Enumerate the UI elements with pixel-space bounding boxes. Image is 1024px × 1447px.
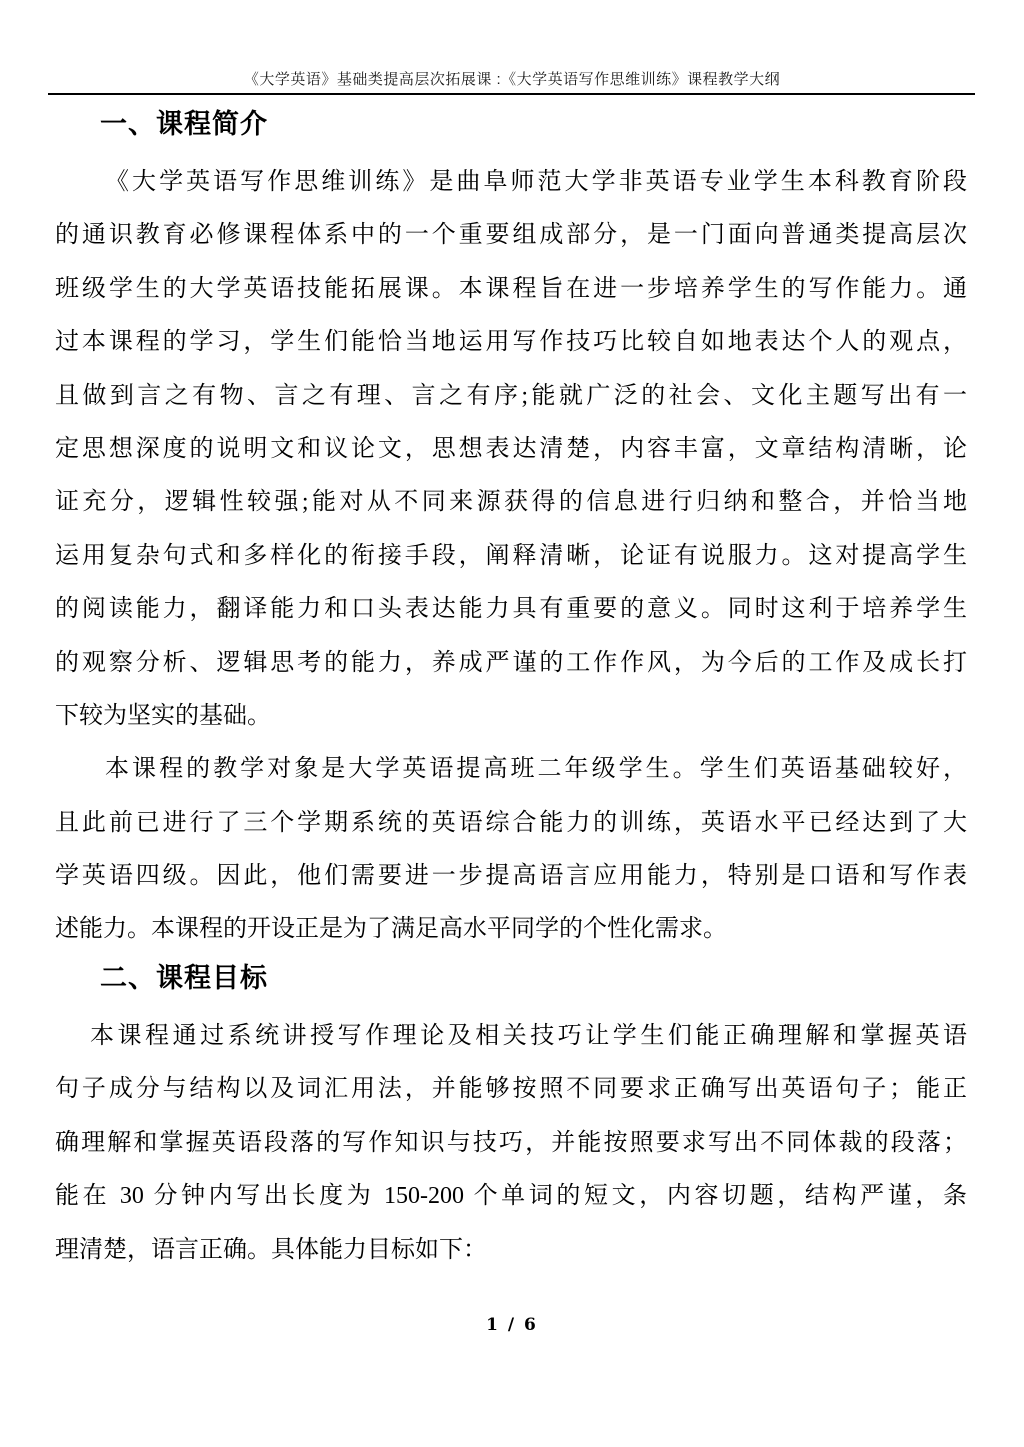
paragraph-line: 运用复杂句式和多样化的衔接手段，阐释清晰，论证有说服力。这对提高学生 bbox=[55, 530, 967, 583]
header-rule bbox=[48, 93, 975, 95]
paragraph-line: 证充分，逻辑性较强;能对从不同来源获得的信息进行归纳和整合，并恰当地 bbox=[55, 476, 967, 529]
course-intro-body: 《大学英语写作思维训练》是曲阜师范大学非英语专业学生本科教育阶段 的通识教育必修… bbox=[55, 156, 967, 957]
paragraph-line: 《大学英语写作思维训练》是曲阜师范大学非英语专业学生本科教育阶段 bbox=[55, 156, 967, 209]
document-header-title: 《大学英语》基础类提高层次拓展课 :《大学英语写作思维训练》课程教学大纲 bbox=[0, 70, 1024, 90]
paragraph-line: 的通识教育必修课程体系中的一个重要组成部分，是一门面向普通类提高层次 bbox=[55, 209, 967, 262]
paragraph-line: 学英语四级。因此，他们需要进一步提高语言应用能力，特别是口语和写作表 bbox=[55, 850, 967, 903]
page-number: 1 / 6 bbox=[0, 1315, 1024, 1335]
paragraph-line: 能在 30 分钟内写出长度为 150-200 个单词的短文，内容切题，结构严谨，… bbox=[55, 1170, 967, 1223]
paragraph-line: 确理解和掌握英语段落的写作知识与技巧，并能按照要求写出不同体裁的段落； bbox=[55, 1117, 967, 1170]
section-heading-course-goals: 二、课程目标 bbox=[100, 962, 268, 994]
course-goals-body: 本课程通过系统讲授写作理论及相关技巧让学生们能正确理解和掌握英语 句子成分与结构… bbox=[55, 1010, 967, 1277]
paragraph-line: 的观察分析、逻辑思考的能力，养成严谨的工作作风，为今后的工作及成长打 bbox=[55, 637, 967, 690]
paragraph-line: 定思想深度的说明文和议论文，思想表达清楚，内容丰富，文章结构清晰，论 bbox=[55, 423, 967, 476]
paragraph-line: 本课程的教学对象是大学英语提高班二年级学生。学生们英语基础较好， bbox=[55, 743, 967, 796]
paragraph-line: 且做到言之有物、言之有理、言之有序;能就广泛的社会、文化主题写出有一 bbox=[55, 370, 967, 423]
paragraph-line: 的阅读能力，翻译能力和口头表达能力具有重要的意义。同时这利于培养学生 bbox=[55, 583, 967, 636]
paragraph-line: 过本课程的学习，学生们能恰当地运用写作技巧比较自如地表达个人的观点， bbox=[55, 316, 967, 369]
paragraph-line: 班级学生的大学英语技能拓展课。本课程旨在进一步培养学生的写作能力。通 bbox=[55, 263, 967, 316]
paragraph-line: 下较为坚实的基础。 bbox=[55, 690, 967, 743]
paragraph-line: 且此前已进行了三个学期系统的英语综合能力的训练，英语水平已经达到了大 bbox=[55, 797, 967, 850]
paragraph-line: 述能力。本课程的开设正是为了满足高水平同学的个性化需求。 bbox=[55, 903, 967, 956]
paragraph-line: 句子成分与结构以及词汇用法，并能够按照不同要求正确写出英语句子；能正 bbox=[55, 1063, 967, 1116]
document-page: 《大学英语》基础类提高层次拓展课 :《大学英语写作思维训练》课程教学大纲 一、课… bbox=[0, 0, 1024, 1447]
paragraph-line: 理清楚，语言正确。具体能力目标如下： bbox=[55, 1224, 967, 1277]
paragraph-line: 本课程通过系统讲授写作理论及相关技巧让学生们能正确理解和掌握英语 bbox=[55, 1010, 967, 1063]
section-heading-course-intro: 一、课程简介 bbox=[100, 108, 268, 140]
